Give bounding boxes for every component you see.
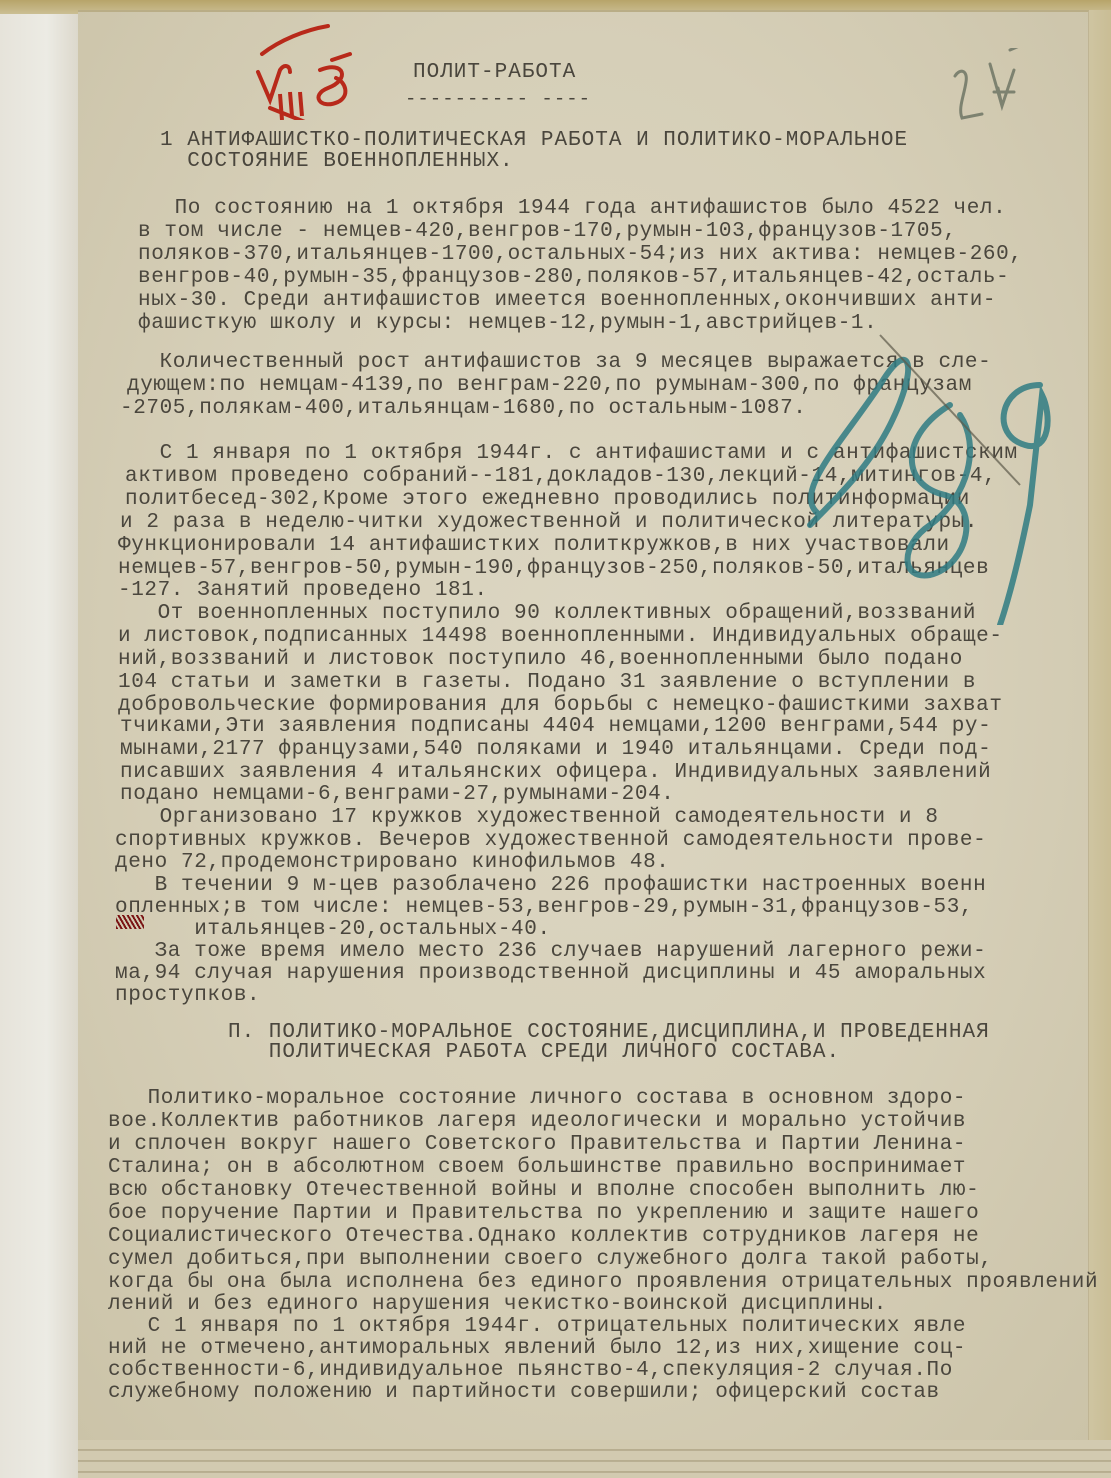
text-line: ных-30. Среди антифашистов имеется военн… — [138, 290, 996, 311]
text-line: и сплочен вокруг нашего Советского Прави… — [108, 1134, 966, 1155]
text-line: когда бы она была исполнена без единого … — [108, 1272, 1098, 1293]
text-line: Политико-моральное состояние личного сос… — [108, 1088, 966, 1109]
text-line: собственности-6,индивидуальное пьянство-… — [108, 1360, 953, 1381]
text-line: В течении 9 м-цев разоблачено 226 профаш… — [115, 875, 986, 896]
text-line: всю обстановку Отечественной войны и впо… — [108, 1180, 979, 1201]
text-line: -127. Занятий проведено 181. — [118, 580, 488, 601]
section-1-heading-line-1: 1 АНТИФАШИСТКО-ПОЛИТИЧЕСКАЯ РАБОТА И ПОЛ… — [160, 130, 908, 151]
binding-strip — [0, 14, 79, 1478]
text-line: С 1 января по 1 октября 1944г. отрицател… — [108, 1316, 966, 1337]
text-line: мынами,2177 французами,540 поляками и 19… — [120, 739, 991, 760]
text-line: Организовано 17 кружков художественной с… — [120, 807, 939, 828]
text-line: ма,94 случая нарушения производственной … — [115, 963, 986, 984]
text-line: поляков-370,итальянцев-1700,остальных-54… — [138, 244, 1023, 265]
text-line: проступков. — [115, 985, 260, 1006]
red-ink-strikeout — [116, 915, 144, 929]
section-2-heading-line-1: П. ПОЛИТИКО-МОРАЛЬНОЕ СОСТОЯНИЕ,ДИСЦИПЛИ… — [228, 1022, 990, 1043]
section-2-heading-line-2: ПОЛИТИЧЕСКАЯ РАБОТА СРЕДИ ЛИЧНОГО СОСТАВ… — [228, 1042, 840, 1063]
text-line: дено 72,продемонстрировано кинофильмов 4… — [115, 852, 670, 873]
gray-pencil-scribble-icon — [950, 48, 1040, 123]
text-line: По состоянию на 1 октября 1944 года анти… — [135, 198, 1006, 219]
text-line: ний не отмечено,антиморальных явлений бы… — [108, 1338, 966, 1359]
section-1-heading-line-2: СОСТОЯНИЕ ВОЕННОПЛЕННЫХ. — [160, 151, 514, 172]
title-underline: ---------- ---- — [405, 88, 591, 110]
red-pencil-archive-mark: VIII 38 — [250, 20, 360, 120]
text-line: подано немцами-6,венграми-27,румынами-20… — [120, 784, 675, 805]
text-line: -2705,полякам-400,итальянцам-1680,по ост… — [120, 398, 807, 419]
text-line: Сталина; он в абсолютном своем большинст… — [108, 1157, 966, 1178]
text-line: За тоже время имело место 236 случаев на… — [115, 941, 986, 962]
text-line: венгров-40,румын-35,французов-280,поляко… — [138, 267, 1009, 288]
text-line: и листовок,подписанных 14498 военнопленн… — [118, 626, 1003, 647]
text-line: добровольческие формирования для борьбы … — [118, 695, 1003, 716]
gray-pencil-mark: VX — [950, 48, 1040, 123]
text-line: лений и без единого нарушения чекистко-в… — [108, 1294, 887, 1315]
text-line: бое поручение Партии и Правительства по … — [108, 1203, 979, 1224]
page-right-edge — [1088, 10, 1111, 1478]
text-line: в том числе - немцев-420,венгров-170,рум… — [138, 221, 957, 242]
text-line: итальянцев-20,остальных-40. — [115, 919, 551, 940]
text-line: сумел добиться,при выполнении своего слу… — [108, 1249, 993, 1270]
red-pencil-scribble-icon — [250, 20, 360, 120]
text-line: ний,воззваний и листовок поступило 46,во… — [118, 649, 963, 670]
text-line: писавших заявления 4 итальянских офицера… — [120, 762, 991, 783]
text-line: 104 статьи и заметки в газеты. Подано 31… — [118, 672, 976, 693]
text-line: спортивных кружков. Вечеров художественн… — [115, 830, 986, 851]
text-line: опленных;в том числе: немцев-53,венгров-… — [115, 897, 973, 918]
text-line: вое.Коллектив работников лагеря идеологи… — [108, 1111, 966, 1132]
text-line: Социалистического Отечества.Однако колле… — [108, 1226, 979, 1247]
text-line: служебному положению и партийности совер… — [108, 1382, 940, 1403]
text-line: тчиками,Эти заявления подписаны 4404 нем… — [120, 716, 991, 737]
stacked-pages-edge — [78, 1440, 1111, 1478]
blue-pencil-number-icon — [780, 325, 1080, 625]
text-line: фашисткую школу и курсы: немцев-12,румын… — [138, 313, 877, 334]
blue-pencil-page-number: 289 — [780, 325, 1080, 625]
page-title: ПОЛИТ-РАБОТА — [413, 62, 576, 83]
